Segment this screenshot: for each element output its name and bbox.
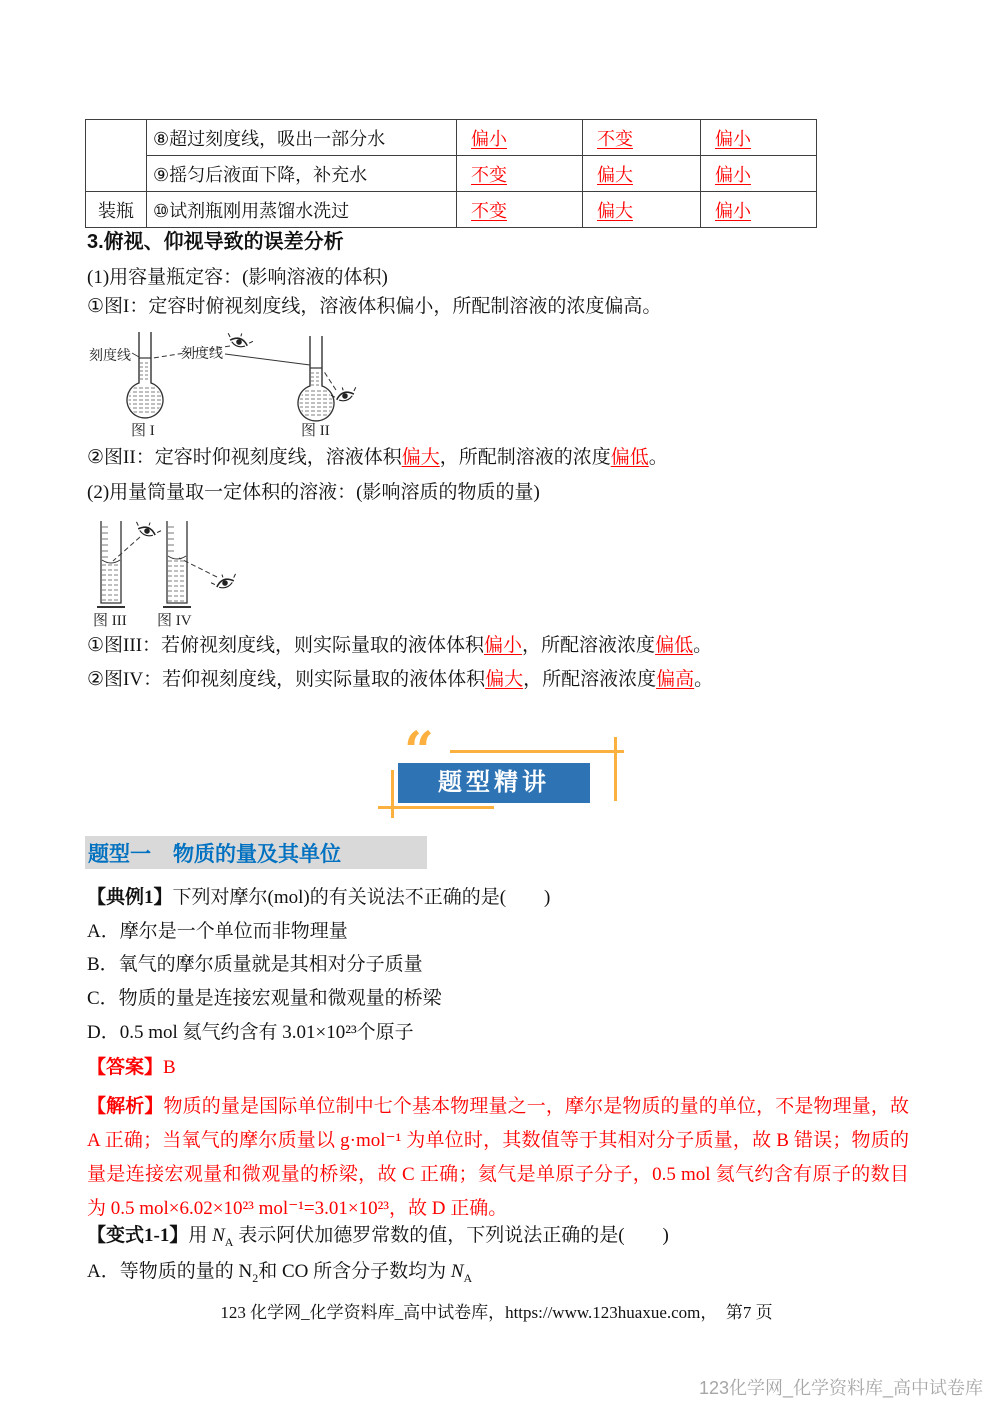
table-row: ⑨摇匀后液面下降，补充水 不变 偏大 偏小 <box>86 156 817 192</box>
error-analysis-table: ⑧超过刻度线，吸出一部分水 偏小 不变 偏小 ⑨摇匀后液面下降，补充水 不变 偏… <box>85 119 817 228</box>
value-text: 不变 <box>597 129 633 149</box>
text-part: 。 <box>694 669 713 690</box>
text-part: 表示阿伏加德罗常数的值，下列说法正确的是( ) <box>233 1225 668 1246</box>
variant-option-a: A．等物质的量的 N2和 CO 所含分子数均为 NA <box>87 1260 472 1290</box>
page-footer: 123 化学网_化学资料库_高中试卷库，https://www.123huaxu… <box>0 1298 993 1323</box>
volumetric-flask-1 <box>127 332 163 418</box>
scale-line-label-1: 刻度线 <box>89 347 131 364</box>
text-part: ②图II：定容时仰视刻度线，溶液体积 <box>87 447 402 468</box>
text-part: 。 <box>649 447 668 468</box>
answer-value: B <box>163 1057 176 1078</box>
topic-label: 题型一 <box>88 838 151 868</box>
cell-value: 偏小 <box>701 120 817 156</box>
cell-value: 偏大 <box>583 192 701 228</box>
option-c: C．物质的量是连接宏观量和微观量的桥梁 <box>87 987 442 1010</box>
paragraph-flask-note-1: ①图I：定容时俯视刻度线，溶液体积偏小，所配制溶液的浓度偏高。 <box>87 295 661 318</box>
value-text: 偏小 <box>715 165 751 185</box>
value-text: 偏小 <box>715 201 751 221</box>
symbol-N: N <box>451 1261 464 1282</box>
value-text: 偏小 <box>471 129 507 149</box>
cell-value: 偏大 <box>583 156 701 192</box>
cell-value: 不变 <box>583 120 701 156</box>
cell-description: ⑧超过刻度线，吸出一部分水 <box>147 120 457 156</box>
value-text: 不变 <box>471 201 507 221</box>
cell-value: 不变 <box>457 192 583 228</box>
volumetric-flask-2 <box>225 336 334 421</box>
red-term: 偏低 <box>655 635 693 656</box>
figure-caption-2: 图 II <box>301 422 330 439</box>
sightline-cylinder-4 <box>179 558 217 577</box>
answer-line: 【答案】B <box>87 1056 176 1079</box>
red-term: 偏小 <box>484 635 522 656</box>
analysis-label: 【解析】 <box>87 1096 163 1117</box>
cell-value: 偏小 <box>457 120 583 156</box>
figure-caption-4: 图 IV <box>157 612 192 629</box>
text-part: ②图IV：若仰视刻度线，则实际量取的液体体积 <box>87 669 485 690</box>
answer-label: 【答案】 <box>87 1057 163 1078</box>
banner-line-bottom <box>378 806 494 809</box>
text-part: ①图III：若俯视刻度线，则实际量取的液体体积 <box>87 635 484 656</box>
analysis-text: 物质的量是国际单位制中七个基本物理量之一，摩尔是物质的量的单位，不是物理量，故 … <box>87 1096 909 1219</box>
cell-category: 装瓶 <box>86 192 147 228</box>
paragraph-cylinder-intro: (2)用量筒量取一定体积的溶液：(影响溶质的物质的量) <box>87 481 540 504</box>
cylinder-figure: 图 III 图 IV <box>87 515 317 633</box>
sightline-cylinder-3 <box>113 537 140 561</box>
value-text: 不变 <box>471 165 507 185</box>
paragraph-flask-note-2: ②图II：定容时仰视刻度线，溶液体积偏大，所配制溶液的浓度偏低。 <box>87 446 668 469</box>
red-term: 偏大 <box>485 669 523 690</box>
section-banner: 题型精讲 “ <box>388 742 638 820</box>
text-part: ，所配溶液浓度 <box>522 635 655 656</box>
analysis-paragraph: 【解析】物质的量是国际单位制中七个基本物理量之一，摩尔是物质的量的单位，不是物理… <box>87 1090 909 1226</box>
text-part: 用 <box>188 1225 212 1246</box>
text-part: ，所配溶液浓度 <box>523 669 656 690</box>
figure-caption-1: 图 I <box>131 422 155 439</box>
banner-line-right <box>614 737 617 801</box>
cell-description: ⑩试剂瓶刚用蒸馏水洗过 <box>147 192 457 228</box>
figure-caption-3: 图 III <box>93 612 127 629</box>
option-a: A．摩尔是一个单位而非物理量 <box>87 920 348 943</box>
flask-figure: 刻度线 图 I 刻度线 图 II <box>87 330 367 440</box>
table-row: ⑧超过刻度线，吸出一部分水 偏小 不变 偏小 <box>86 120 817 156</box>
site-watermark: 123化学网_化学资料库_高中试卷库 <box>699 1374 983 1400</box>
scale-line-label-2: 刻度线 <box>181 345 223 362</box>
paragraph-flask-intro: (1)用容量瓶定容：(影响溶液的体积) <box>87 266 388 289</box>
option-b: B．氧气的摩尔质量就是其相对分子质量 <box>87 953 423 976</box>
paragraph-cylinder-note-2: ②图IV：若仰视刻度线，则实际量取的液体体积偏大，所配溶液浓度偏高。 <box>87 668 713 691</box>
banner-line-left <box>391 770 394 818</box>
table-row: 装瓶 ⑩试剂瓶刚用蒸馏水洗过 不变 偏大 偏小 <box>86 192 817 228</box>
eye-icon-underlook-cylinder <box>210 570 239 592</box>
cell-value: 不变 <box>457 156 583 192</box>
paragraph-cylinder-note-1: ①图III：若俯视刻度线，则实际量取的液体体积偏小，所配溶液浓度偏低。 <box>87 634 712 657</box>
text-part: 和 CO 所含分子数均为 <box>258 1261 451 1282</box>
value-text: 偏小 <box>715 129 751 149</box>
symbol-sub-A: A <box>464 1271 473 1285</box>
variant-question: 【变式1-1】用 NA 表示阿伏加德罗常数的值，下列说法正确的是( ) <box>87 1224 669 1254</box>
page: ⑧超过刻度线，吸出一部分水 偏小 不变 偏小 ⑨摇匀后液面下降，补充水 不变 偏… <box>0 0 993 1404</box>
measuring-cylinder-3 <box>97 521 125 607</box>
topic-title: 物质的量及其单位 <box>173 838 341 868</box>
option-d: D．0.5 mol 氦气约含有 3.01×10²³个原子 <box>87 1021 414 1044</box>
text-part: ，所配制溶液的浓度 <box>440 447 611 468</box>
quote-mark-icon: “ <box>404 726 434 778</box>
value-text: 偏大 <box>597 165 633 185</box>
question-text: 下列对摩尔(mol)的有关说法不正确的是( ) <box>173 887 551 908</box>
cell-value: 偏小 <box>701 192 817 228</box>
banner-line-top <box>450 750 624 753</box>
value-text: 偏大 <box>597 201 633 221</box>
measuring-cylinder-4 <box>163 521 191 607</box>
eye-icon-overlook-flask <box>225 330 254 350</box>
cell-description: ⑨摇匀后液面下降，补充水 <box>147 156 457 192</box>
red-term: 偏低 <box>611 447 649 468</box>
text-part: A．等物质的量的 N <box>87 1261 252 1282</box>
variant-label: 【变式1-1】 <box>87 1225 188 1246</box>
cell-value: 偏小 <box>701 156 817 192</box>
red-term: 偏高 <box>656 669 694 690</box>
example-question: 【典例1】下列对摩尔(mol)的有关说法不正确的是( ) <box>87 886 550 909</box>
example-label: 【典例1】 <box>87 887 173 908</box>
text-part: 。 <box>693 635 712 656</box>
cell-category <box>86 120 147 192</box>
red-term: 偏大 <box>402 447 440 468</box>
eye-icon-overlook-cylinder <box>133 518 162 540</box>
symbol-N: N <box>212 1225 225 1246</box>
section-heading: 3.俯视、仰视导致的误差分析 <box>87 231 344 254</box>
topic-heading: 题型一 物质的量及其单位 <box>85 836 427 869</box>
